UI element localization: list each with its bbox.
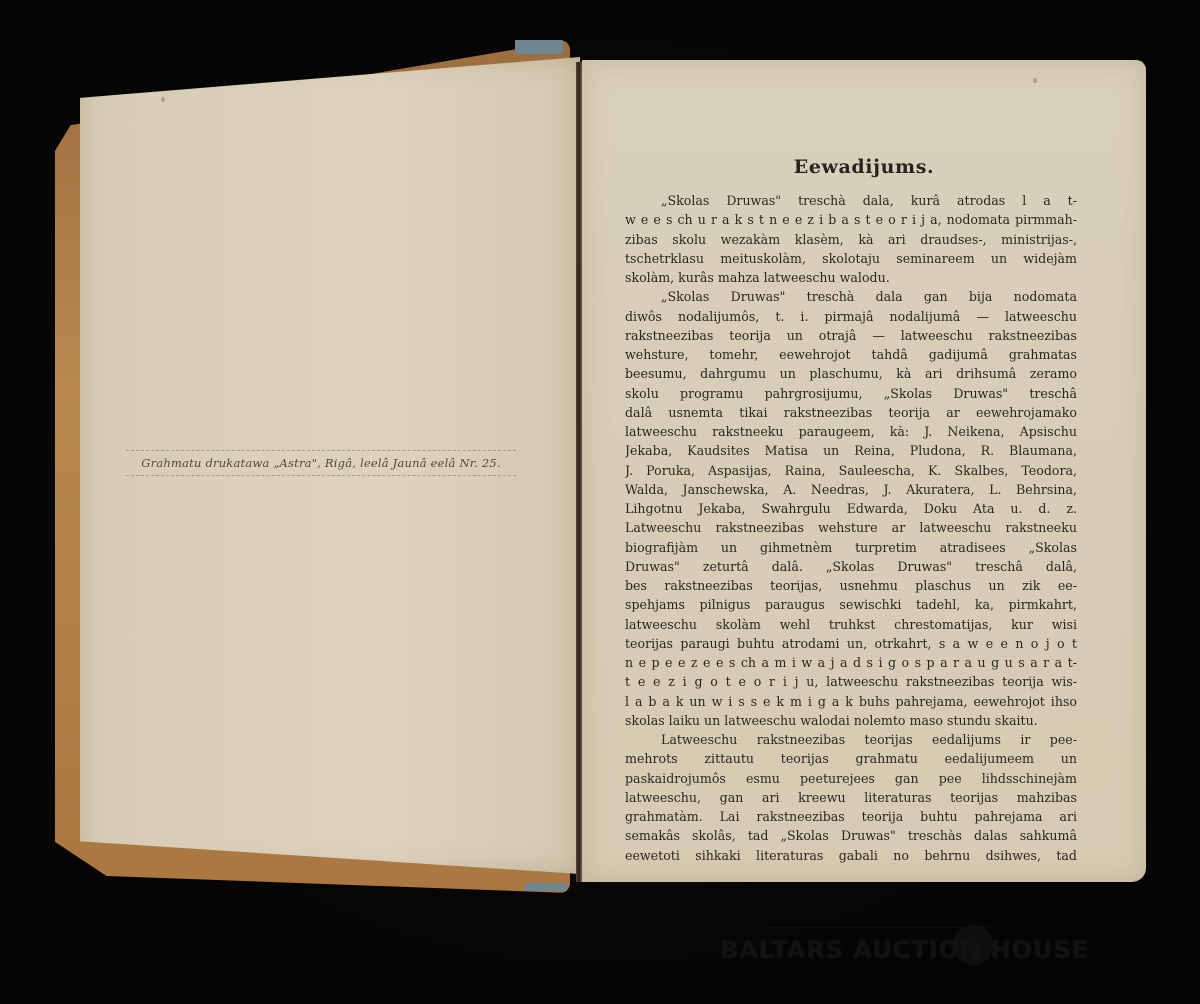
text-line: Walda, Janschewska, A. Needras, J. Akura… <box>625 480 1077 499</box>
text-line: latweeschu rakstneeku paraugeem, kà: J. … <box>625 422 1077 441</box>
text-line: tschetrklasu meituskolàm, skolotaju semi… <box>625 249 1077 268</box>
text-line: skolàm, kurâs mahza latweeschu walodu. <box>625 268 1077 287</box>
text-line: wehsture, tomehr, eewehrojot tahdâ gadij… <box>625 345 1077 364</box>
chapter-heading: Eewadijums. <box>582 156 1146 178</box>
spine-cloth-top <box>515 40 563 54</box>
text-line: skolas laiku un latweeschu walodai nolem… <box>625 711 1077 730</box>
text-line: Jekaba, Kaudsites Matisa un Reina, Pludo… <box>625 441 1077 460</box>
text-line: beesumu, dahrgumu un plaschumu, kà ari d… <box>625 364 1077 383</box>
text-line: skolu programu pahrgrosijumu, „Skolas Dr… <box>625 384 1077 403</box>
text-line: bes rakstneezibas teorijas, usnehmu plas… <box>625 576 1077 595</box>
text-line: w e e s ch u r a k s t n e e z i b a s t… <box>625 210 1077 229</box>
text-line: mehrots zittautu teorijas grahmatu eedal… <box>625 749 1077 768</box>
text-line: diwôs nodalijumôs, t. i. pirmajâ nodalij… <box>625 307 1077 326</box>
foxing-spot <box>161 97 165 102</box>
text-line: teorijas paraugi buhtu atrodami un, otrk… <box>625 634 1077 653</box>
text-line: Latweeschu rakstneezibas teorijas eedali… <box>625 730 1077 749</box>
text-line: paskaidrojumôs esmu peeturejees gan pee … <box>625 769 1077 788</box>
text-line: Lihgotnu Jekaba, Swahrgulu Edwarda, Doku… <box>625 499 1077 518</box>
text-line: zibas skolu wezakàm klasèm, kà ari draud… <box>625 230 1077 249</box>
text-line: dalâ usnemta tikai rakstneezibas teorija… <box>625 403 1077 422</box>
text-line: n e p e e z e e s ch a m i w a j a d s i… <box>625 653 1077 672</box>
text-line: rakstneezibas teorija un otrajâ — latwee… <box>625 326 1077 345</box>
text-line: J. Poruka, Aspasijas, Raina, Sauleescha,… <box>625 461 1077 480</box>
text-line: „Skolas Druwas" treschà dala, kurâ atrod… <box>625 191 1077 210</box>
text-line: Druwas" zeturtâ dalâ. „Skolas Druwas" tr… <box>625 557 1077 576</box>
foxing-spot <box>1033 78 1037 83</box>
introduction-text: „Skolas Druwas" treschà dala, kurâ atrod… <box>625 191 1077 865</box>
text-line: latweeschu, gan ari kreewu literaturas t… <box>625 788 1077 807</box>
spine-cloth-bottom <box>525 883 567 891</box>
auction-watermark: BALTARS AUCTION HOUSE <box>720 936 1120 964</box>
text-line: eewetoti sihkaki literaturas gabali no b… <box>625 846 1077 865</box>
text-line: semakâs skolâs, tad „Skolas Druwas" tres… <box>625 826 1077 845</box>
text-line: spehjams pilnigus paraugus sewischki tad… <box>625 595 1077 614</box>
printer-imprint: Grahmatu drukatawa „Astra", Rigâ, leelâ … <box>126 450 516 476</box>
text-line: grahmatàm. Lai rakstneezibas teorija buh… <box>625 807 1077 826</box>
text-line: l a b a k un w i s s e k m i g a k buhs … <box>625 692 1077 711</box>
text-line: Latweeschu rakstneezibas wehsture ar lat… <box>625 518 1077 537</box>
text-line: t e e z i g o t e o r i j u, latweeschu … <box>625 672 1077 691</box>
text-line: „Skolas Druwas" treschà dala gan bija no… <box>625 287 1077 306</box>
text-line: biografijàm un gihmetnèm turpretim atrad… <box>625 538 1077 557</box>
text-line: latweeschu skolàm wehl truhkst chrestoma… <box>625 615 1077 634</box>
